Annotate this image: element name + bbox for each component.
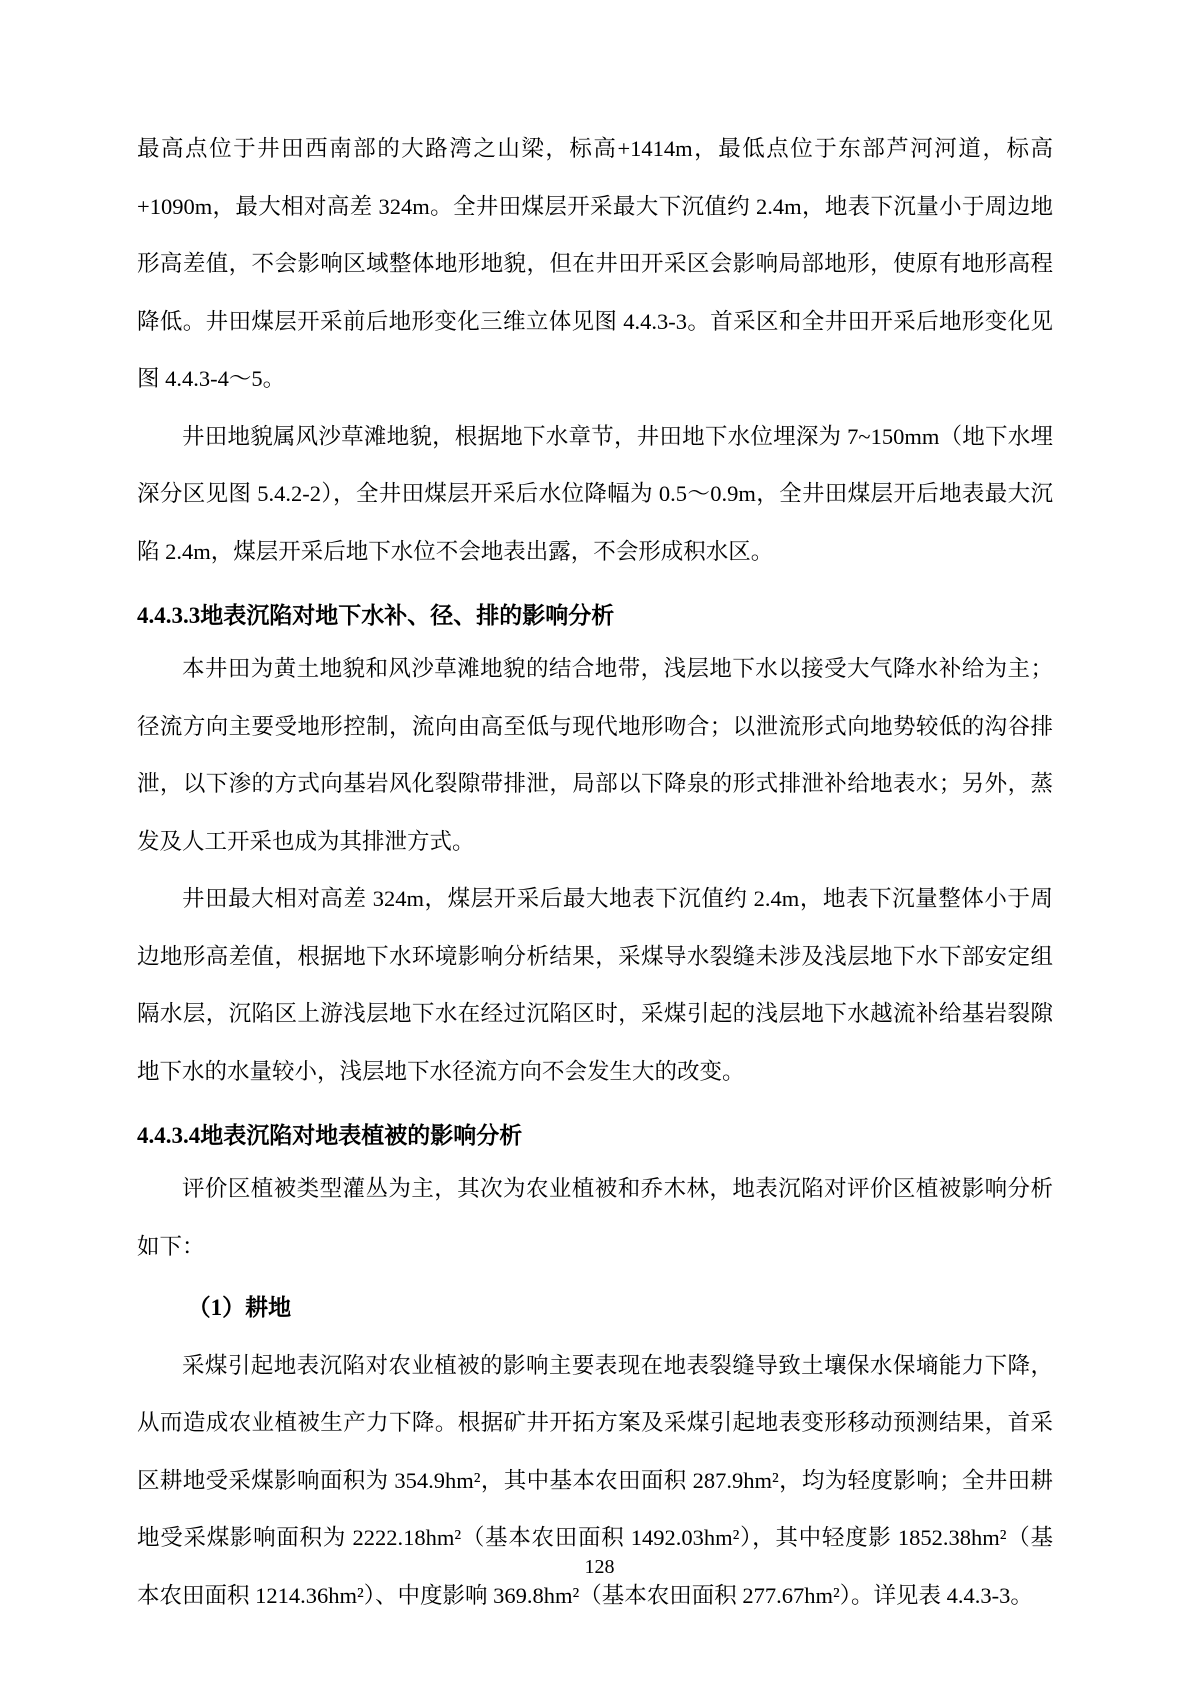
paragraph-subsidence-analysis: 井田最大相对高差 324m，煤层开采后最大地表下沉值约 2.4m，地表下沉量整体…: [137, 870, 1053, 1100]
paragraph-groundwater-recharge: 本井田为黄土地貌和风沙草滩地貌的结合地带，浅层地下水以接受大气降水补给为主；径流…: [137, 640, 1053, 870]
document-page: 最高点位于井田西南部的大路湾之山梁，标高+1414m，最低点位于东部芦河河道，标…: [0, 0, 1199, 1696]
page-number: 128: [0, 1553, 1199, 1581]
paragraph-groundwater-depth: 井田地貌属风沙草滩地貌，根据地下水章节，井田地下水位埋深为 7~150mm（地下…: [137, 408, 1053, 581]
subheading-cultivated-land: （1）耕地: [137, 1279, 1053, 1337]
paragraph-vegetation-types: 评价区植被类型灌丛为主，其次为农业植被和乔木林，地表沉陷对评价区植被影响分析如下…: [137, 1160, 1053, 1275]
paragraph-terrain-elevation: 最高点位于井田西南部的大路湾之山梁，标高+1414m，最低点位于东部芦河河道，标…: [137, 120, 1053, 408]
section-heading-4-4-3-3: 4.4.3.3地表沉陷对地下水补、径、排的影响分析: [137, 592, 1053, 640]
section-heading-4-4-3-4: 4.4.3.4地表沉陷对地表植被的影响分析: [137, 1112, 1053, 1160]
page-content: 最高点位于井田西南部的大路湾之山梁，标高+1414m，最低点位于东部芦河河道，标…: [137, 120, 1053, 1624]
